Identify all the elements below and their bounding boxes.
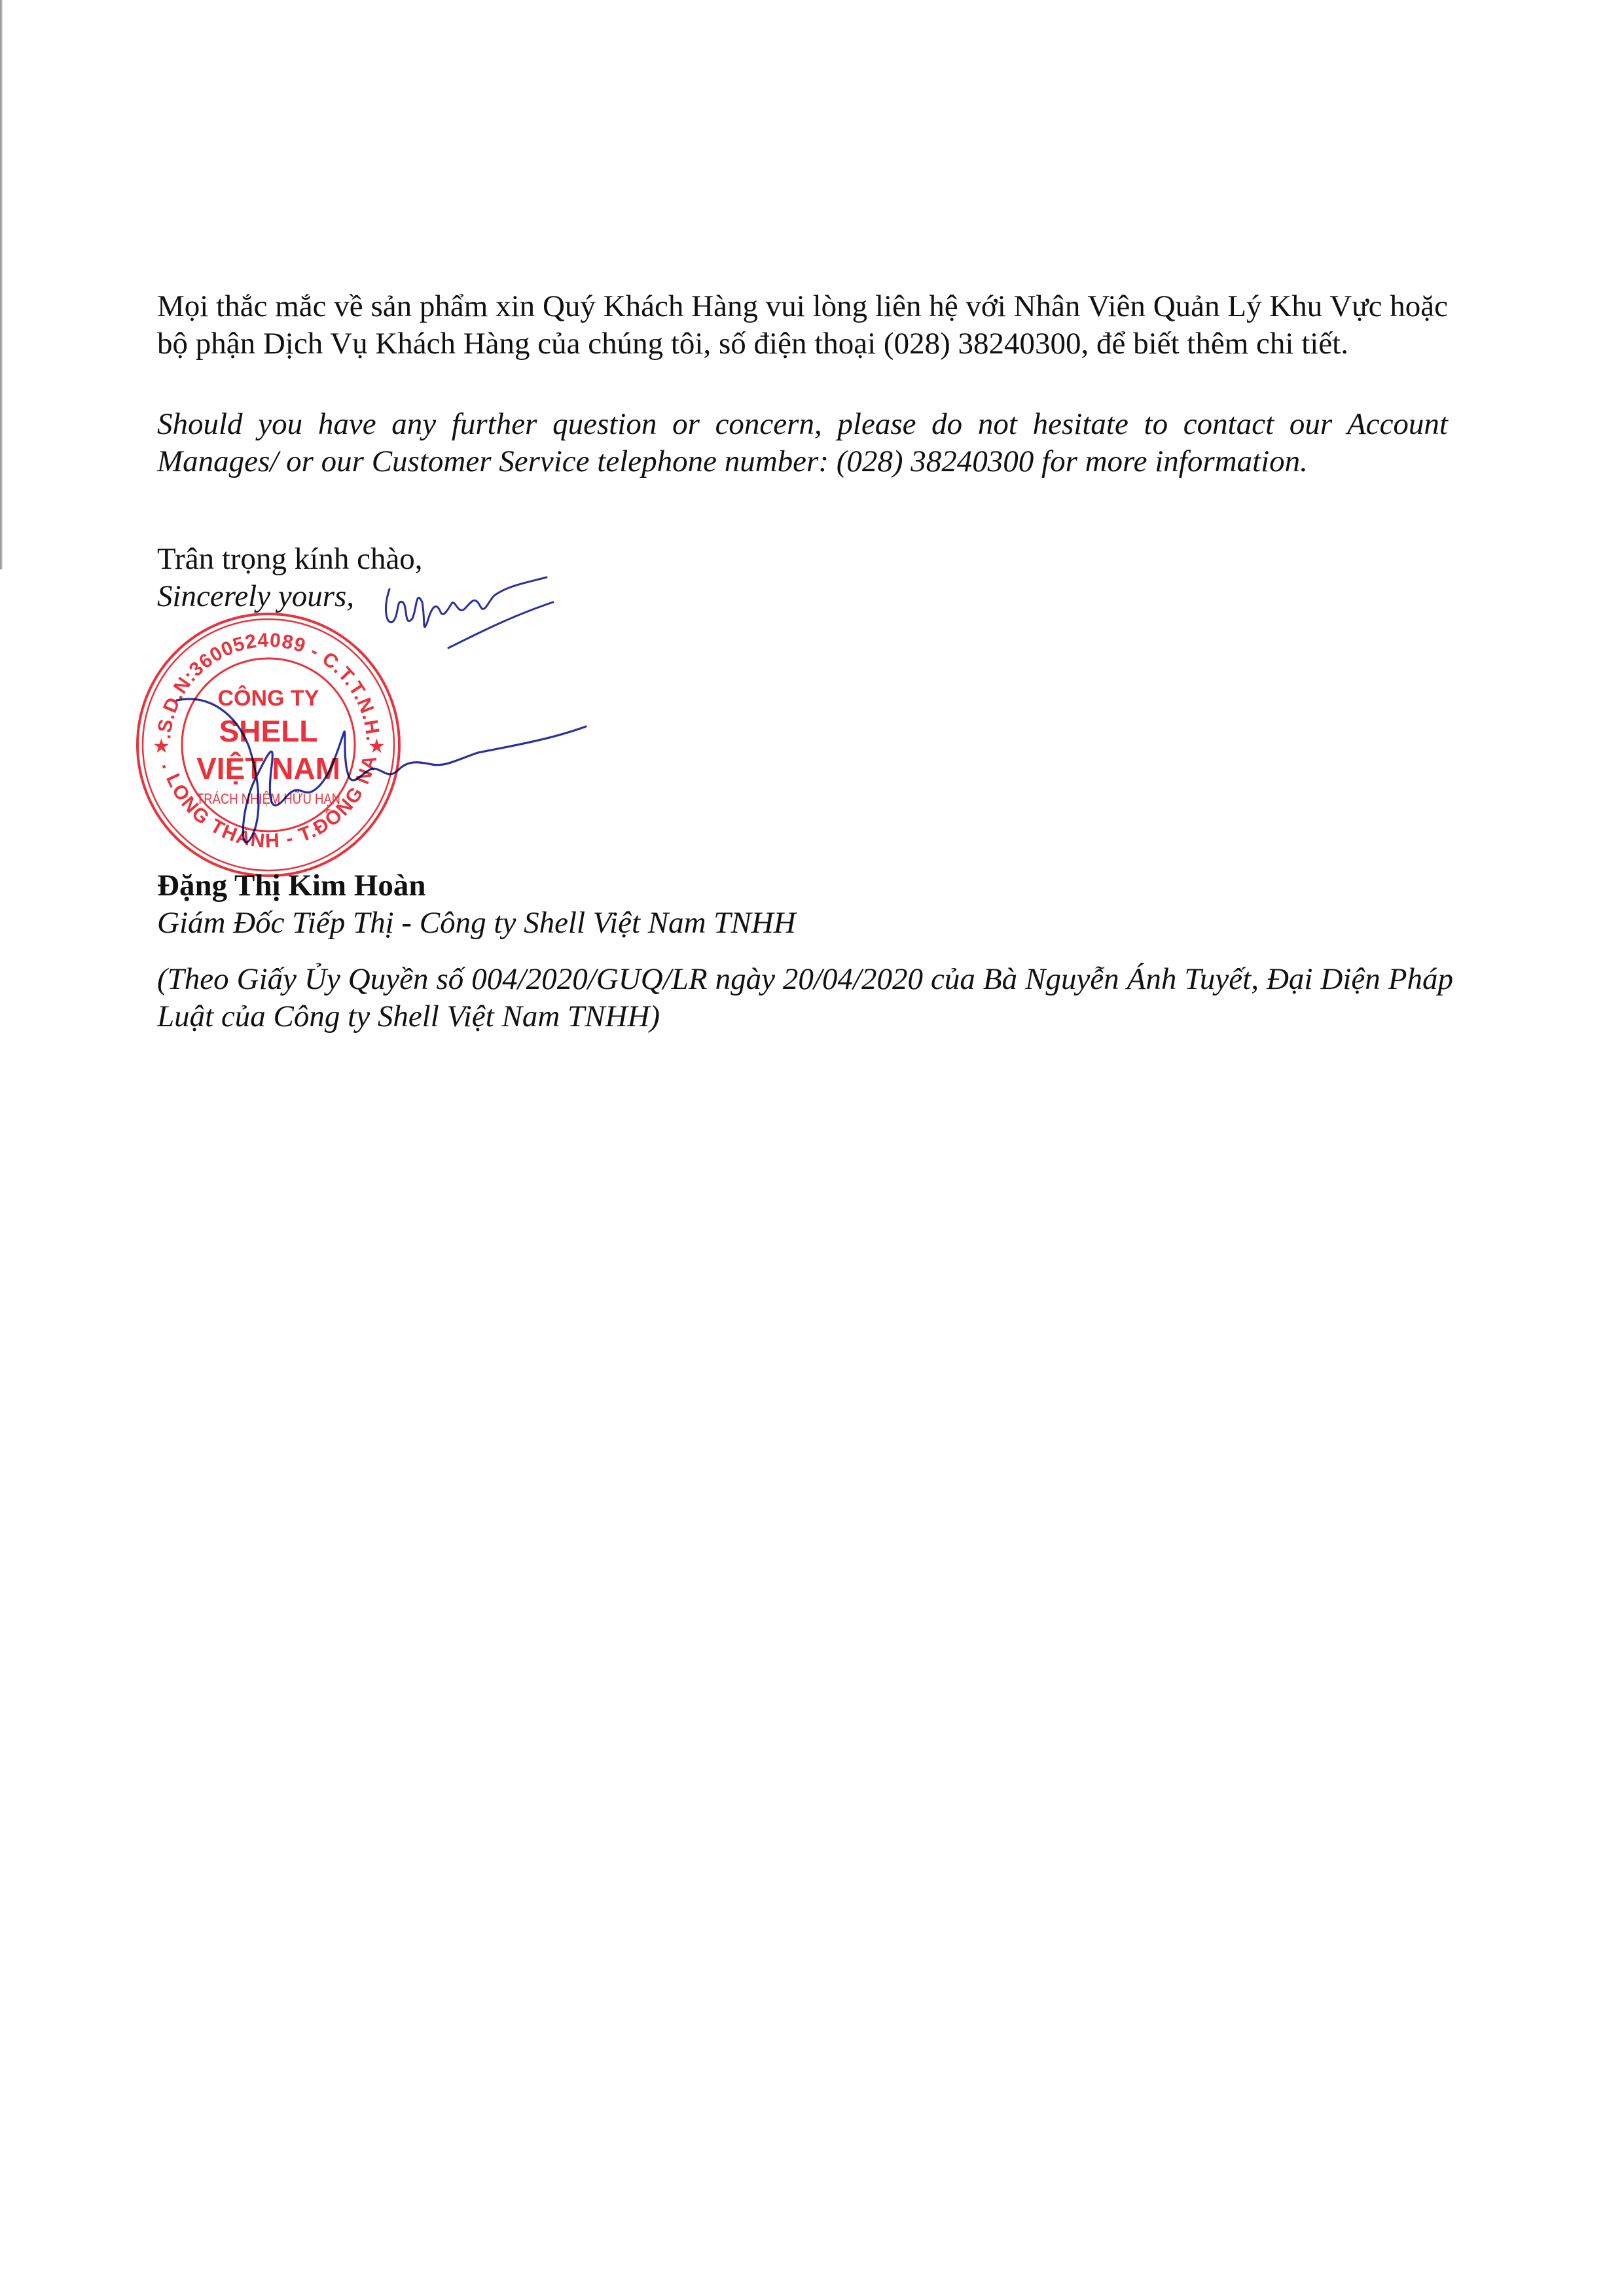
contact-paragraph-vietnamese: Mọi thắc mắc về sản phẩm xin Quý Khách H…	[157, 288, 1448, 363]
stamp-star-left: ★	[153, 736, 170, 757]
handwritten-initials	[376, 563, 573, 668]
contact-paragraph-english: Should you have any further question or …	[157, 406, 1448, 480]
authorization-note: (Theo Giấy Ủy Quyền số 004/2020/GUQ/LR n…	[157, 961, 1453, 1035]
handwritten-signature	[170, 687, 589, 857]
signatory-title: Giám Đốc Tiếp Thị - Công ty Shell Việt N…	[157, 905, 796, 942]
scan-edge-shadow	[0, 0, 3, 569]
